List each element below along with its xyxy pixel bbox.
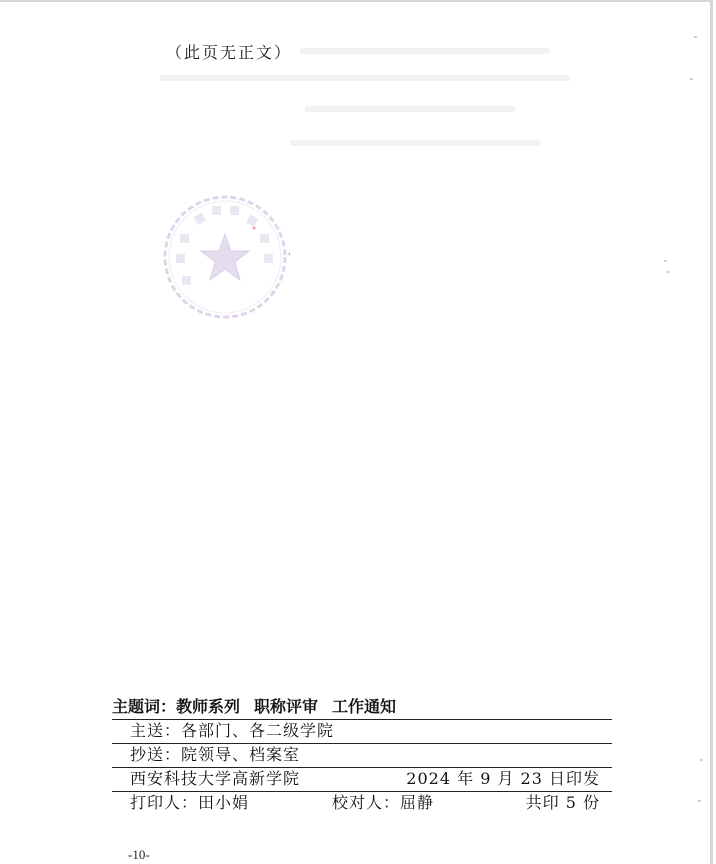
main-recipients-value: 各部门、各二级学院 bbox=[181, 721, 334, 740]
subject-keyword: 职称评审 bbox=[254, 697, 318, 716]
subject-label: 主题词： bbox=[112, 697, 176, 716]
subject-keyword: 教师系列 bbox=[176, 697, 240, 716]
cc-recipients-label: 抄送： bbox=[130, 745, 181, 764]
page-number: -10- bbox=[128, 847, 150, 863]
cc-recipients-row: 抄送：院领导、档案室 bbox=[112, 744, 612, 768]
issuer-name: 西安科技大学高新学院 bbox=[130, 769, 300, 788]
subject-keyword: 工作通知 bbox=[332, 697, 396, 716]
cc-recipients-value: 院领导、档案室 bbox=[181, 745, 300, 764]
subject-keywords-row: 主题词：教师系列职称评审工作通知 bbox=[112, 696, 612, 720]
copies-count: 共印 5 份 bbox=[526, 792, 600, 814]
main-recipients-row: 主送：各部门、各二级学院 bbox=[112, 720, 612, 744]
print-info-row: 打印人：田小娟 校对人：屈静 共印 5 份 bbox=[112, 792, 612, 816]
document-page: （此页无正文） 主题词：教师系列职称评审工作通知 主送： bbox=[0, 0, 713, 864]
issue-date: 2024 年 9 月 23 日印发 bbox=[406, 768, 600, 790]
issuer-row: 西安科技大学高新学院 2024 年 9 月 23 日印发 bbox=[112, 768, 612, 792]
printer-label: 打印人： bbox=[130, 793, 198, 812]
main-recipients-label: 主送： bbox=[130, 721, 181, 740]
no-body-note: （此页无正文） bbox=[166, 40, 292, 63]
printer-name: 田小娟 bbox=[198, 793, 249, 812]
proofreader-label: 校对人： bbox=[332, 793, 400, 812]
proofreader-name: 屈静 bbox=[400, 793, 434, 812]
document-record-block: 主题词：教师系列职称评审工作通知 主送：各部门、各二级学院 抄送：院领导、档案室… bbox=[112, 696, 612, 816]
official-seal-icon bbox=[160, 192, 290, 322]
